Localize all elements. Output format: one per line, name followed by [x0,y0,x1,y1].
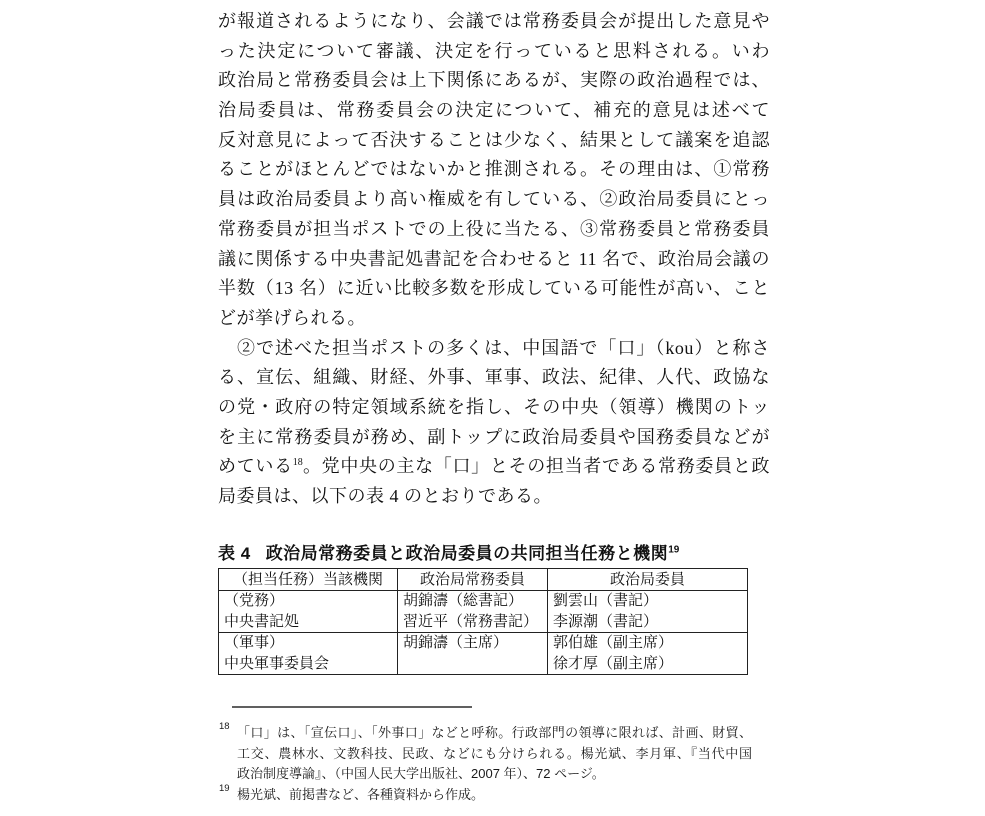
cell-line: 胡錦濤（主席） [403,633,542,654]
footnote-ref-18: 18 [293,457,303,468]
footnote-line: 政治制度導論』、（中国人民大学出版社、2007 年）、72 ページ。 [237,764,752,785]
document-page: が報道されるようになり、会議では常務委員会が提出した意見や行 った決定について審… [0,0,985,816]
body-line: の党・政府の特定領域系統を指し、その中央（領導）機関のトップ [218,393,770,423]
body-line-segment: めている [218,456,293,476]
body-line: 員は政治局委員より高い権威を有している、②政治局委員にとって [218,185,770,215]
footnote-18: 18 「口」は、「宣伝口」、「外事口」などと呼称。行政部門の領導に限れば、計画、… [218,723,752,785]
footnote-separator [232,706,472,708]
cell-politburo-member: 劉雲山（書記） 李源潮（書記） [548,591,748,633]
column-header-standing-committee: 政治局常務委員 [398,569,548,591]
cell-line: 郭伯雄（副主席） [553,633,742,654]
table-row: （軍事） 中央軍事委員会 胡錦濤（主席） 郭伯雄（副主席） 徐才厚（副主席） [219,633,748,675]
paragraph-last-line: どが挙げられる。 [218,304,770,334]
footnote-marker: 19 [219,783,230,794]
body-text: が報道されるようになり、会議では常務委員会が提出した意見や行 った決定について審… [218,7,770,512]
cell-line: （党務） [224,591,392,612]
footnotes: 18 「口」は、「宣伝口」、「外事口」などと呼称。行政部門の領導に限れば、計画、… [218,723,752,805]
footnote-marker: 18 [219,721,230,732]
table-row: （党務） 中央書記処 胡錦濤（総書記） 習近平（常務書記） 劉雲山（書記） 李源… [219,591,748,633]
body-line: ることがほとんどではないかと推測される。その理由は、①常務委 [218,155,770,185]
body-line: 半数（13 名）に近い比較多数を形成している可能性が高い、ことな [218,274,770,304]
column-header-politburo-member: 政治局委員 [548,569,748,591]
cell-standing-committee: 胡錦濤（総書記） 習近平（常務書記） [398,591,548,633]
table-header-row: （担当任務）当該機関 政治局常務委員 政治局委員 [219,569,748,591]
body-line: 常務委員が担当ポストでの上役に当たる、③常務委員と常務委員会 [218,215,770,245]
table-caption-number: 表 4 [218,544,251,563]
body-line: る、宣伝、組織、財経、外事、軍事、政法、紀律、人代、政協など [218,363,770,393]
column-header-organ: （担当任務）当該機関 [219,569,398,591]
body-line: 治局委員は、常務委員会の決定について、補充的意見は述べても、 [218,96,770,126]
cell-line: 中央書記処 [224,612,392,633]
body-line: 議に関係する中央書記処書記を合わせると 11 名で、政治局会議の過 [218,245,770,275]
cell-line: 胡錦濤（総書記） [403,591,542,612]
cell-line: 中央軍事委員会 [224,654,392,675]
cell-organ: （党務） 中央書記処 [219,591,398,633]
cell-standing-committee: 胡錦濤（主席） [398,633,548,675]
cell-line: 劉雲山（書記） [553,591,742,612]
body-line: を主に常務委員が務め、副トップに政治局委員や国務委員などが務 [218,423,770,453]
table-caption: 表 4政治局常務委員と政治局委員の共同担当任務と機関19 [218,543,778,565]
body-line: ②で述べた担当ポストの多くは、中国語で「口」（kou）と称され [218,334,770,364]
table-caption-title: 政治局常務委員と政治局委員の共同担当任務と機関 [266,544,669,563]
cell-line: 徐才厚（副主席） [553,654,742,675]
footnote-line: 工交、農林水、文教科技、民政、などにも分けられる。楊光斌、李月軍、『当代中国 [237,744,752,765]
body-line: が報道されるようになり、会議では常務委員会が提出した意見や行 [218,7,770,37]
politburo-table: （担当任務）当該機関 政治局常務委員 政治局委員 （党務） 中央書記処 胡錦濤（… [218,568,748,675]
cell-line: 習近平（常務書記） [403,612,542,633]
cell-line [403,654,542,675]
footnote-ref-19: 19 [668,544,679,555]
cell-line: 李源潮（書記） [553,612,742,633]
body-line: 反対意見によって否決することは少なく、結果として議案を追認す [218,126,770,156]
body-line: った決定について審議、決定を行っていると思料される。いわば、 [218,37,770,67]
footnote-line: 楊光斌、前掲書など、各種資料から作成。 [237,785,752,806]
paragraph-last-line: 局委員は、以下の表 4 のとおりである。 [218,482,770,512]
footnote-line: 「口」は、「宣伝口」、「外事口」などと呼称。行政部門の領導に限れば、計画、財貿、 [237,723,752,744]
cell-line: （軍事） [224,633,392,654]
cell-politburo-member: 郭伯雄（副主席） 徐才厚（副主席） [548,633,748,675]
body-line-with-footnote-ref: めている18。党中央の主な「口」とその担当者である常務委員と政治 [218,452,770,482]
cell-organ: （軍事） 中央軍事委員会 [219,633,398,675]
body-line: 政治局と常務委員会は上下関係にあるが、実際の政治過程では、政 [218,66,770,96]
footnote-19: 19 楊光斌、前掲書など、各種資料から作成。 [218,785,752,806]
